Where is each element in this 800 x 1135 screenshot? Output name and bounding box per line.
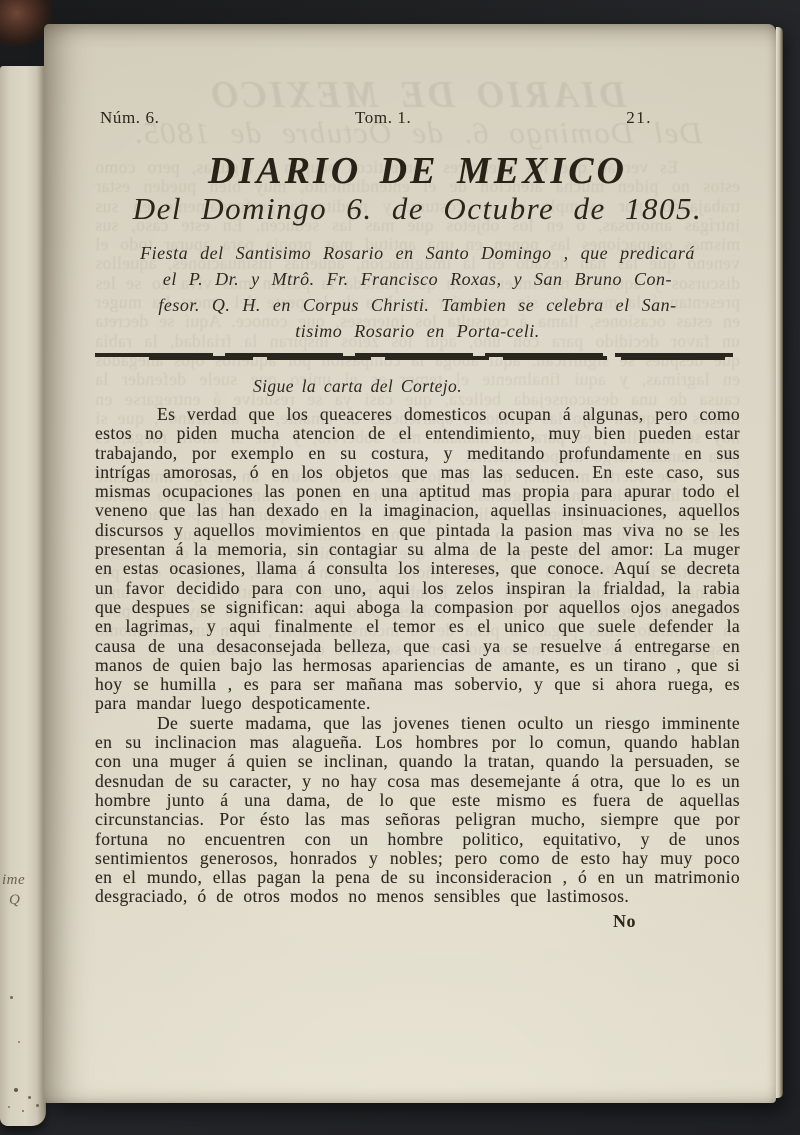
- catchword: No: [95, 911, 740, 932]
- edge-text-fragment: ime: [2, 872, 25, 889]
- page-number: 21.: [626, 108, 652, 128]
- article-body: Es verdad que los queaceres domesticos o…: [95, 405, 740, 907]
- foxing-speck: [10, 996, 13, 999]
- foxing-speck: [22, 1110, 24, 1112]
- announcement-line: tisimo Rosario en Porta-celi.: [95, 318, 740, 344]
- divider-segment-row: [149, 356, 734, 360]
- feast-announcement: Fiesta del Santisimo Rosario en Santo Do…: [95, 240, 740, 344]
- masthead-title: DIARIO DE MEXICO: [95, 152, 740, 190]
- scanned-page: DIARIO DE MEXICO Del Domingo 6. de Octub…: [44, 24, 776, 1103]
- announcement-line: fesor. Q. H. en Corpus Christi. Tambien …: [95, 292, 740, 318]
- volume-number: Tom. 1.: [355, 108, 411, 128]
- article-paragraph: De suerte madama, que las jovenes tienen…: [95, 714, 740, 907]
- section-heading: Sigue la carta del Cortejo.: [95, 376, 740, 397]
- running-head: Núm. 6. Tom. 1. 21.: [95, 108, 740, 130]
- page-content: Núm. 6. Tom. 1. 21. DIARIO DE MEXICO Del…: [95, 24, 740, 1103]
- previous-page-edge: ime Q: [0, 66, 46, 1126]
- foxing-speck: [8, 1106, 10, 1108]
- masthead-dateline: Del Domingo 6. de Octubre de 1805.: [95, 192, 740, 226]
- foxing-speck: [18, 1041, 20, 1043]
- section-divider-rule: [95, 353, 740, 362]
- announcement-line: Fiesta del Santisimo Rosario en Santo Do…: [95, 240, 740, 266]
- foxing-speck: [14, 1088, 18, 1092]
- issue-number: Núm. 6.: [100, 108, 159, 128]
- foxing-speck: [28, 1096, 31, 1099]
- foxing-speck: [36, 1104, 39, 1107]
- paper-stack-edge: [776, 27, 783, 1098]
- announcement-line: el P. Dr. y Mtrô. Fr. Francisco Roxas, y…: [95, 266, 740, 292]
- edge-text-fragment: Q: [9, 892, 20, 909]
- article-paragraph: Es verdad que los queaceres domesticos o…: [95, 405, 740, 714]
